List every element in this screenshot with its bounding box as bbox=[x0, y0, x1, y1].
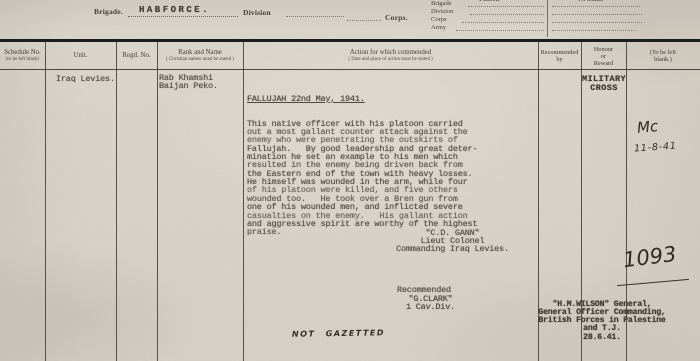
action-citation: FALLUJAH 22nd May, 1941. This native off… bbox=[247, 78, 477, 253]
citation-line: enemy who were penetrating the outskirts… bbox=[247, 136, 477, 144]
routing-rule-3b bbox=[552, 22, 642, 23]
routing-label: Army bbox=[431, 24, 453, 32]
reference-number-handwritten: 1093 bbox=[622, 242, 678, 272]
header-recommended-by: Recommendedby bbox=[538, 43, 581, 69]
award-date-handwritten-note: 11-8-41 bbox=[634, 141, 677, 155]
routing-divider-rule bbox=[547, 0, 548, 37]
header-regtl-no: Regtl. No. bbox=[116, 43, 157, 69]
routing-label: Brigade bbox=[431, 0, 453, 8]
rank-and-name-value: Rab KhamshiBaijan Peko. bbox=[159, 74, 218, 91]
clipped-top-text-passed: Passed bbox=[479, 0, 499, 3]
citation-line: wounded too. He took over a Bren gun fro… bbox=[247, 195, 477, 203]
scanned-recommendation-form: Passed W. Staff. Brigade. HABFORCE. Divi… bbox=[0, 0, 700, 361]
signature-line: Commanding Iraq Levies. bbox=[370, 245, 535, 253]
header-blank-col: (To be leftblank.) bbox=[626, 43, 700, 69]
brigade-label: Brigade. bbox=[94, 7, 123, 16]
commander-signature-block: "C.D. GANN"Lieut ColonelCommanding Iraq … bbox=[370, 229, 535, 254]
routing-label: Corps bbox=[431, 16, 453, 24]
action-date-heading: FALLUJAH 22nd May, 1941. bbox=[247, 95, 477, 103]
corps-blank-rule bbox=[347, 20, 381, 21]
division-blank-rule bbox=[286, 16, 344, 17]
table-top-rule bbox=[0, 39, 700, 42]
brigade-blank-rule bbox=[128, 16, 238, 17]
column-rule-1 bbox=[45, 42, 46, 361]
routing-rule-3 bbox=[462, 22, 544, 23]
routing-rule-1 bbox=[468, 6, 544, 7]
recommender-line: 1 Cav.Div. bbox=[393, 303, 468, 311]
corps-label: Corps. bbox=[385, 13, 408, 22]
column-rule-4 bbox=[243, 42, 244, 361]
citation-line: and aggressive spirit are worthy of the … bbox=[247, 220, 477, 228]
approver-signature-block: "H.M.WILSON" General,General Officer Com… bbox=[538, 301, 666, 342]
header-rank-name: Rank and Name( Christian names must be s… bbox=[157, 43, 243, 69]
citation-line: resulted in the enemy being driven back … bbox=[247, 161, 477, 169]
routing-label: Division bbox=[431, 8, 453, 16]
clipped-top-text-staff: W. Staff. bbox=[577, 0, 603, 3]
gazette-handwritten-note: NOT GAZETTED bbox=[292, 328, 385, 339]
name-line: Baijan Peko. bbox=[159, 82, 218, 90]
unit-value: Iraq Levies. bbox=[56, 74, 115, 84]
column-rule-2 bbox=[116, 42, 117, 361]
recommender-signature-block: "G.CLARK"1 Cav.Div. bbox=[393, 295, 468, 312]
citation-line: casualties on the enemy. His gallant act… bbox=[247, 212, 477, 220]
header-action: Action for which commended( Date and pla… bbox=[243, 43, 538, 69]
table-header-rule bbox=[0, 69, 700, 70]
reference-number-underline bbox=[617, 279, 689, 286]
routing-rule-4 bbox=[456, 30, 544, 31]
award-handwritten-note: Mc bbox=[636, 117, 659, 137]
header-honour-reward: HonourorReward bbox=[581, 43, 626, 69]
honour-reward-value: MILITARYCROSS bbox=[582, 75, 626, 92]
routing-rule-2 bbox=[470, 14, 544, 15]
routing-rule-2b bbox=[552, 14, 642, 15]
brigade-value: HABFORCE. bbox=[139, 5, 210, 15]
column-rule-3 bbox=[157, 42, 158, 361]
routing-block: BrigadeDivisionCorpsArmy bbox=[431, 0, 453, 32]
routing-rule-4b bbox=[552, 30, 636, 31]
header-unit: Unit. bbox=[45, 43, 116, 69]
division-label: Division bbox=[243, 8, 271, 17]
routing-rule-1b bbox=[552, 6, 640, 7]
honour-line: CROSS bbox=[582, 84, 626, 93]
approver-line: 28.6.41. bbox=[538, 334, 666, 342]
action-citation-lines: This native officer with his platoon car… bbox=[247, 120, 477, 237]
header-schedule-no: Schedule No.(to be left blank) bbox=[0, 43, 45, 69]
